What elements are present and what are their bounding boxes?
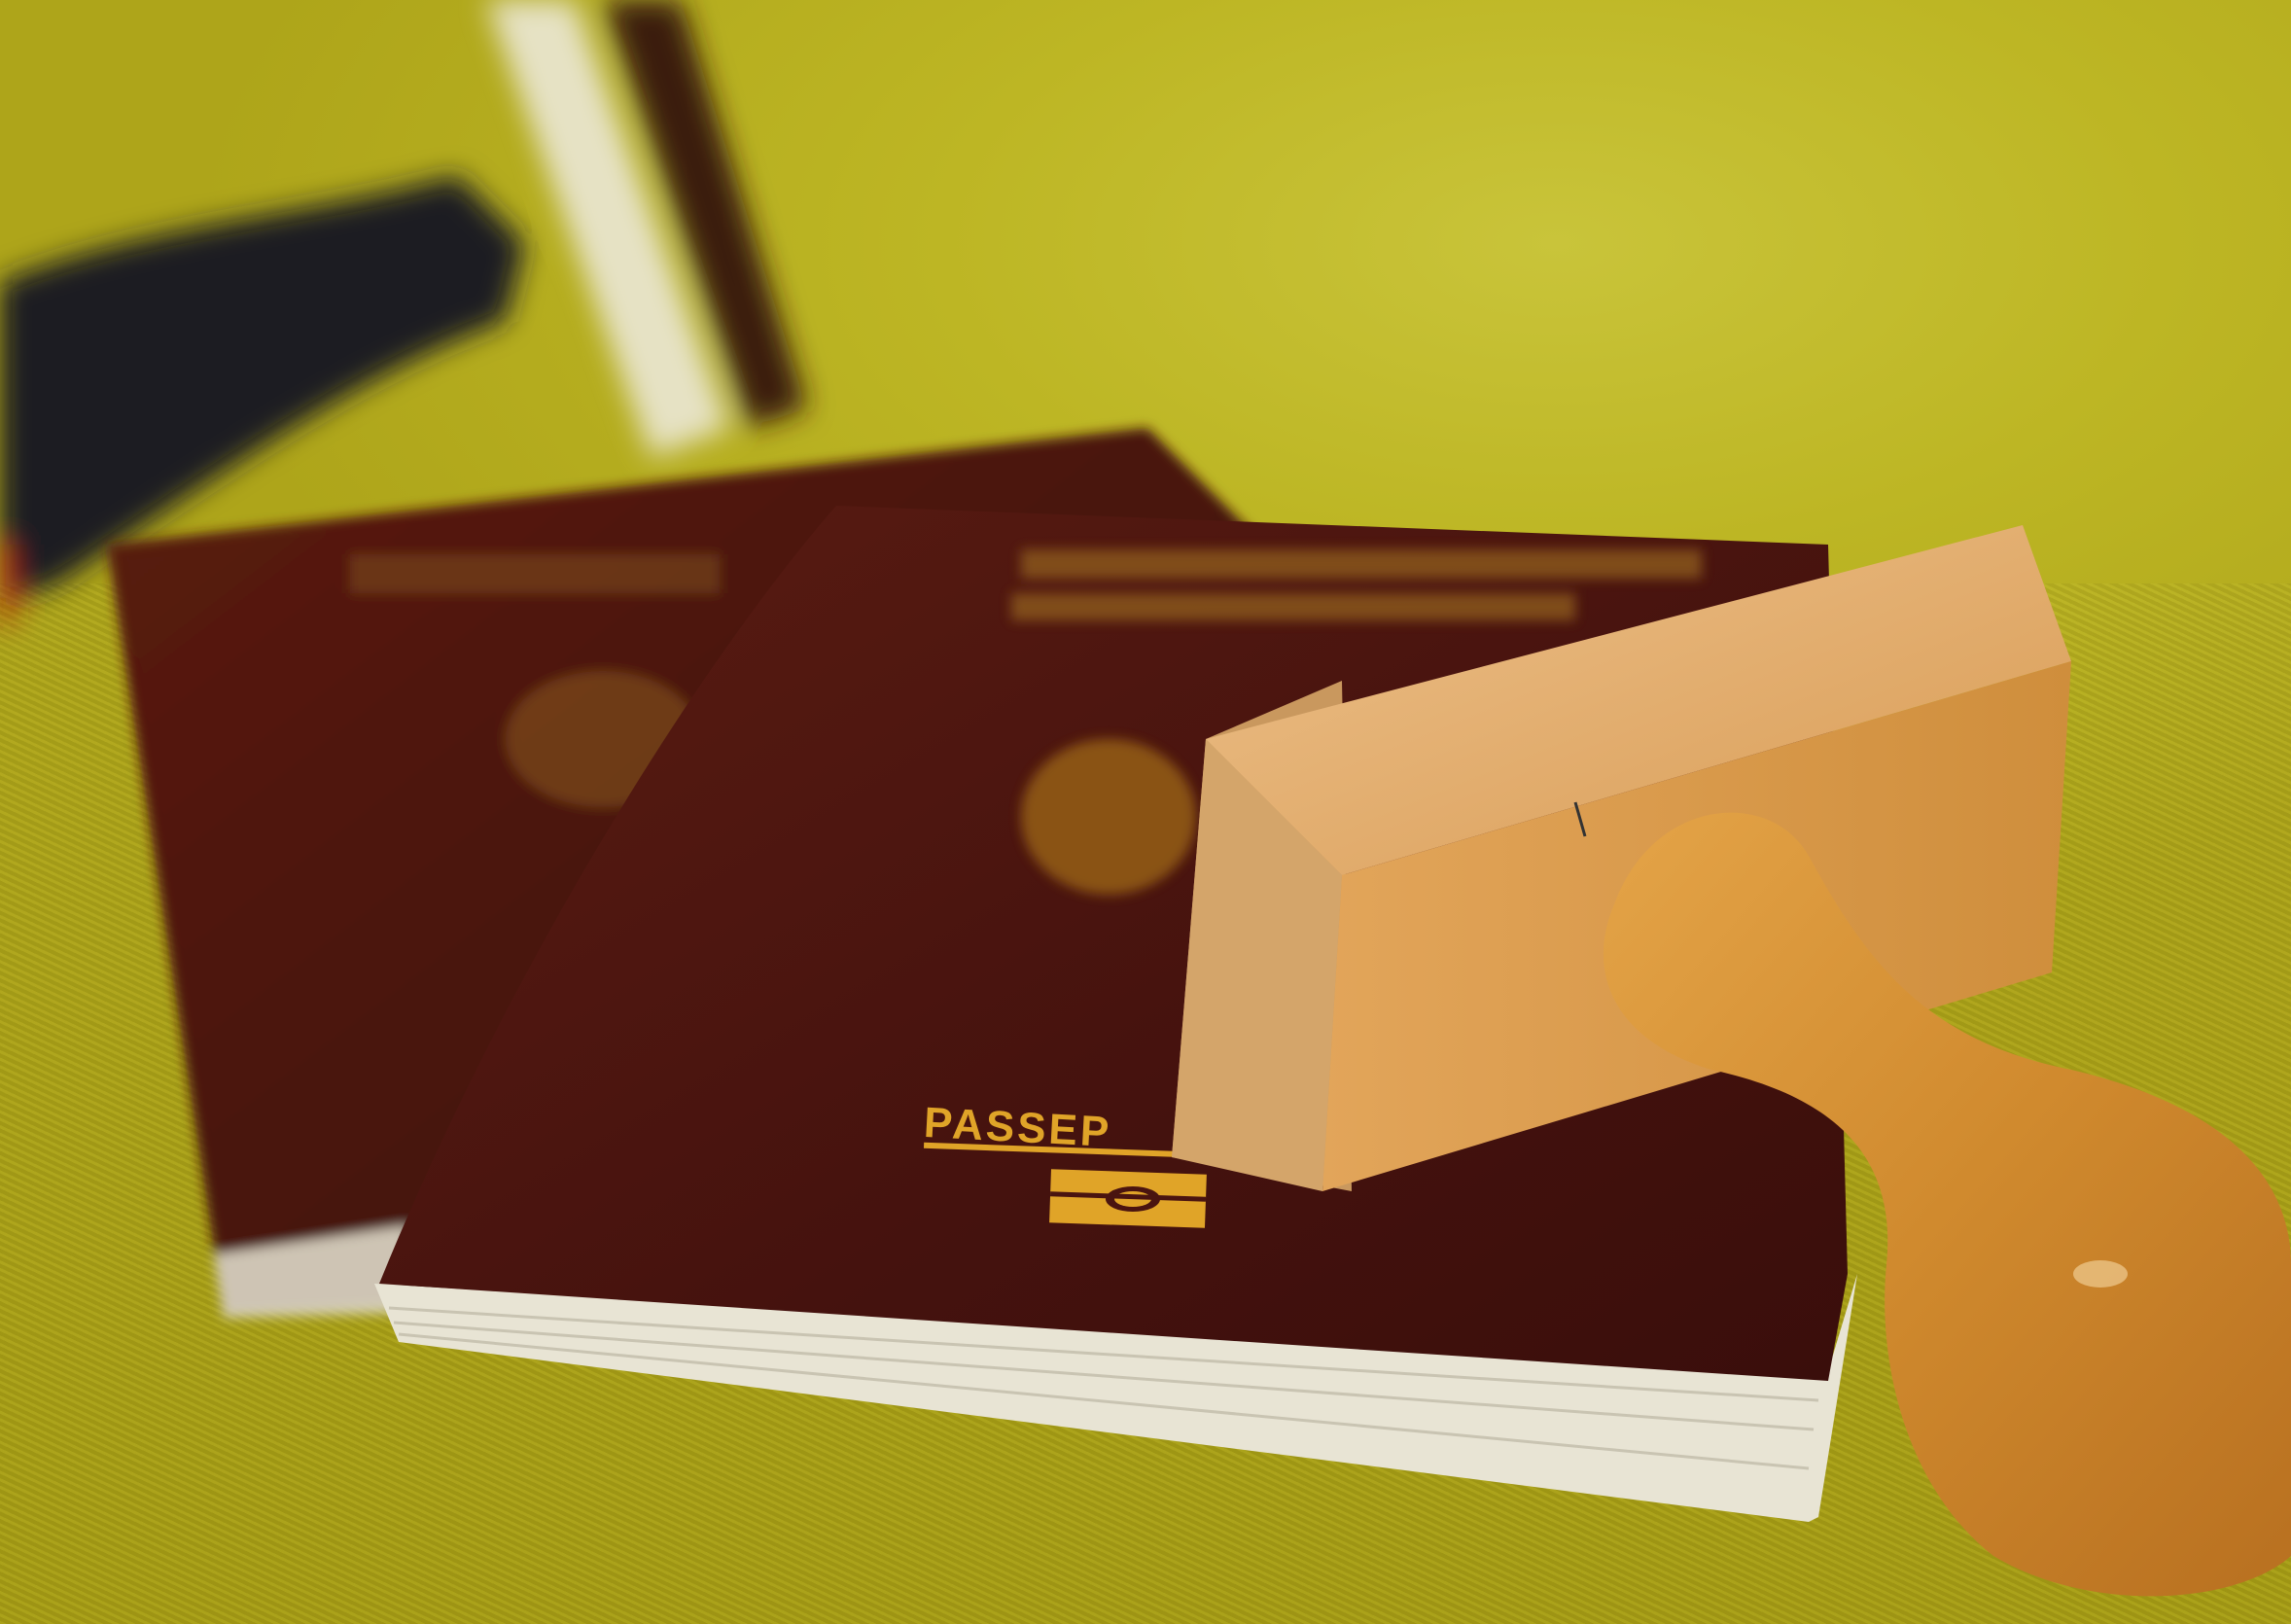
photo-scene: PASSEP: [0, 0, 2291, 1624]
biometric-chip-icon: [1049, 1169, 1207, 1228]
passport-cover-label: PASSEP: [923, 1099, 1113, 1157]
scene-illustration: [0, 0, 2291, 1624]
